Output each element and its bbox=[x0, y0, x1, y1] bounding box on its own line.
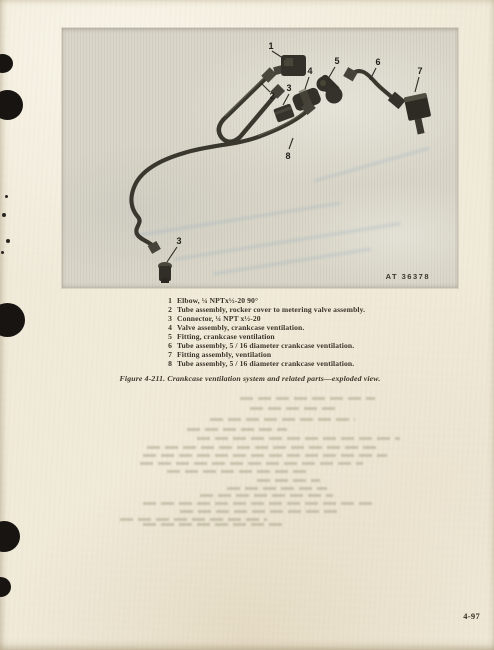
part-index: 5 bbox=[164, 332, 172, 341]
callout-number: 5 bbox=[334, 56, 339, 66]
parts-legend-row: 6Tube assembly, 5 / 16 diameter crankcas… bbox=[164, 341, 434, 350]
parts-legend-row: 7Fitting assembly, ventilation bbox=[164, 350, 434, 359]
parts-legend-row: 5Fitting, crankcase ventilation bbox=[164, 332, 434, 341]
parts-legend-list: 1Elbow, ¼ NPTx½-20 90°2Tube assembly, ro… bbox=[164, 296, 434, 368]
showthrough-line bbox=[210, 418, 355, 421]
callout-number: 4 bbox=[307, 66, 312, 76]
punch-hole-mark bbox=[0, 54, 13, 73]
photo-id-number: AT 36378 bbox=[386, 272, 430, 281]
part-description: Tube assembly, 5 / 16 diameter crankcase… bbox=[177, 341, 354, 350]
callout-number: 2 bbox=[269, 91, 274, 101]
showthrough-line bbox=[180, 510, 340, 513]
part-description: Tube assembly, 5 / 16 diameter crankcase… bbox=[177, 359, 354, 368]
ink-speck bbox=[6, 239, 10, 243]
parts-legend-row: 2Tube assembly, rocker cover to metering… bbox=[164, 305, 434, 314]
part-index: 2 bbox=[164, 305, 172, 314]
showthrough-line bbox=[120, 518, 267, 521]
showthrough-line bbox=[250, 407, 340, 410]
callout-number: 1 bbox=[268, 41, 273, 51]
part-index: 7 bbox=[164, 350, 172, 359]
showthrough-line bbox=[240, 397, 375, 400]
part-connector-lower bbox=[158, 262, 172, 283]
ink-speck bbox=[1, 251, 4, 254]
ink-speck bbox=[5, 195, 8, 198]
showthrough-line bbox=[140, 462, 363, 465]
part-index: 3 bbox=[164, 314, 172, 323]
showthrough-line bbox=[167, 470, 307, 473]
showthrough-line bbox=[147, 446, 377, 449]
ink-speck bbox=[2, 213, 6, 217]
part-index: 1 bbox=[164, 296, 172, 305]
callout-number: 3 bbox=[176, 236, 181, 246]
callout-number: 7 bbox=[417, 66, 422, 76]
showthrough-line bbox=[143, 523, 287, 526]
part-description: Valve assembly, crankcase ventilation. bbox=[177, 323, 304, 332]
part-index: 8 bbox=[164, 359, 172, 368]
exploded-view-photo: 123456783 AT 36378 bbox=[62, 28, 458, 288]
showthrough-line bbox=[227, 487, 327, 490]
part-tube-long bbox=[131, 100, 315, 254]
callout-leader-lines bbox=[167, 51, 419, 262]
manual-page: 123456783 AT 36378 1Elbow, ¼ NPTx½-20 90… bbox=[0, 0, 494, 650]
punch-hole-mark bbox=[0, 303, 25, 337]
part-description: Tube assembly, rocker cover to metering … bbox=[177, 305, 365, 314]
showthrough-line bbox=[143, 454, 387, 457]
parts-drawing: 123456783 bbox=[62, 28, 458, 288]
part-fitting-assembly bbox=[404, 93, 435, 136]
punch-hole-mark bbox=[0, 521, 20, 552]
part-description: Elbow, ¼ NPTx½-20 90° bbox=[177, 296, 258, 305]
part-tube-curved bbox=[343, 67, 405, 109]
showthrough-line bbox=[257, 479, 320, 482]
parts-legend-row: 3Connector, ¼ NPT x½-20 bbox=[164, 314, 434, 323]
part-index: 6 bbox=[164, 341, 172, 350]
parts-legend-row: 8Tube assembly, 5 / 16 diameter crankcas… bbox=[164, 359, 434, 368]
callout-number: 8 bbox=[285, 151, 290, 161]
part-description: Fitting, crankcase ventilation bbox=[177, 332, 275, 341]
callout-number: 6 bbox=[375, 57, 380, 67]
part-elbow bbox=[273, 55, 306, 76]
punch-hole-mark bbox=[0, 90, 23, 120]
parts-legend-row: 1Elbow, ¼ NPTx½-20 90° bbox=[164, 296, 434, 305]
callout-number: 3 bbox=[286, 83, 291, 93]
parts-legend-row: 4Valve assembly, crankcase ventilation. bbox=[164, 323, 434, 332]
showthrough-line bbox=[143, 502, 377, 505]
part-description: Connector, ¼ NPT x½-20 bbox=[177, 314, 261, 323]
showthrough-line bbox=[197, 437, 400, 440]
showthrough-line bbox=[200, 494, 333, 497]
showthrough-line bbox=[187, 428, 287, 431]
part-description: Fitting assembly, ventilation bbox=[177, 350, 271, 359]
part-index: 4 bbox=[164, 323, 172, 332]
punch-hole-mark bbox=[0, 577, 11, 597]
figure-caption: Figure 4-211. Crankcase ventilation syst… bbox=[100, 374, 400, 383]
page-number: 4-97 bbox=[463, 611, 480, 621]
